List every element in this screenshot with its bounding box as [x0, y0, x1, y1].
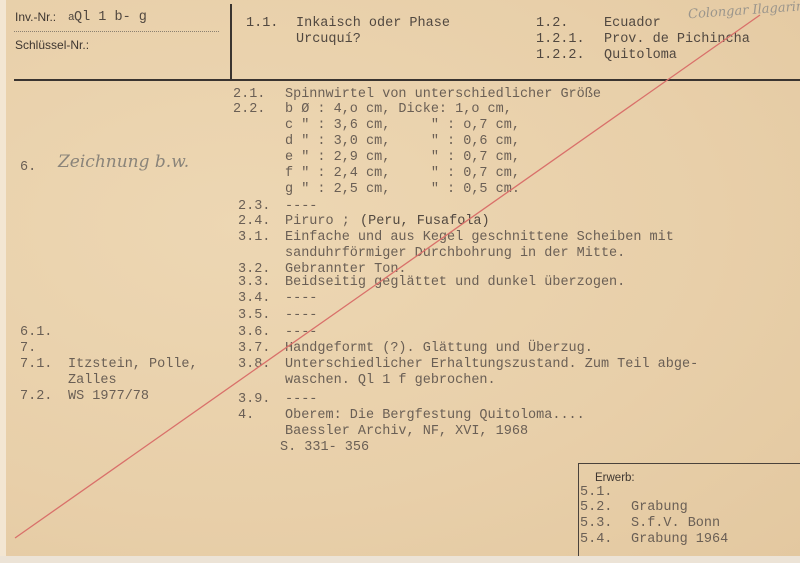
index-card: Inv.-Nr.: a Ql 1 b- g Schlüssel-Nr.: 1.1…: [0, 0, 800, 563]
red-strike-line: [0, 0, 800, 563]
